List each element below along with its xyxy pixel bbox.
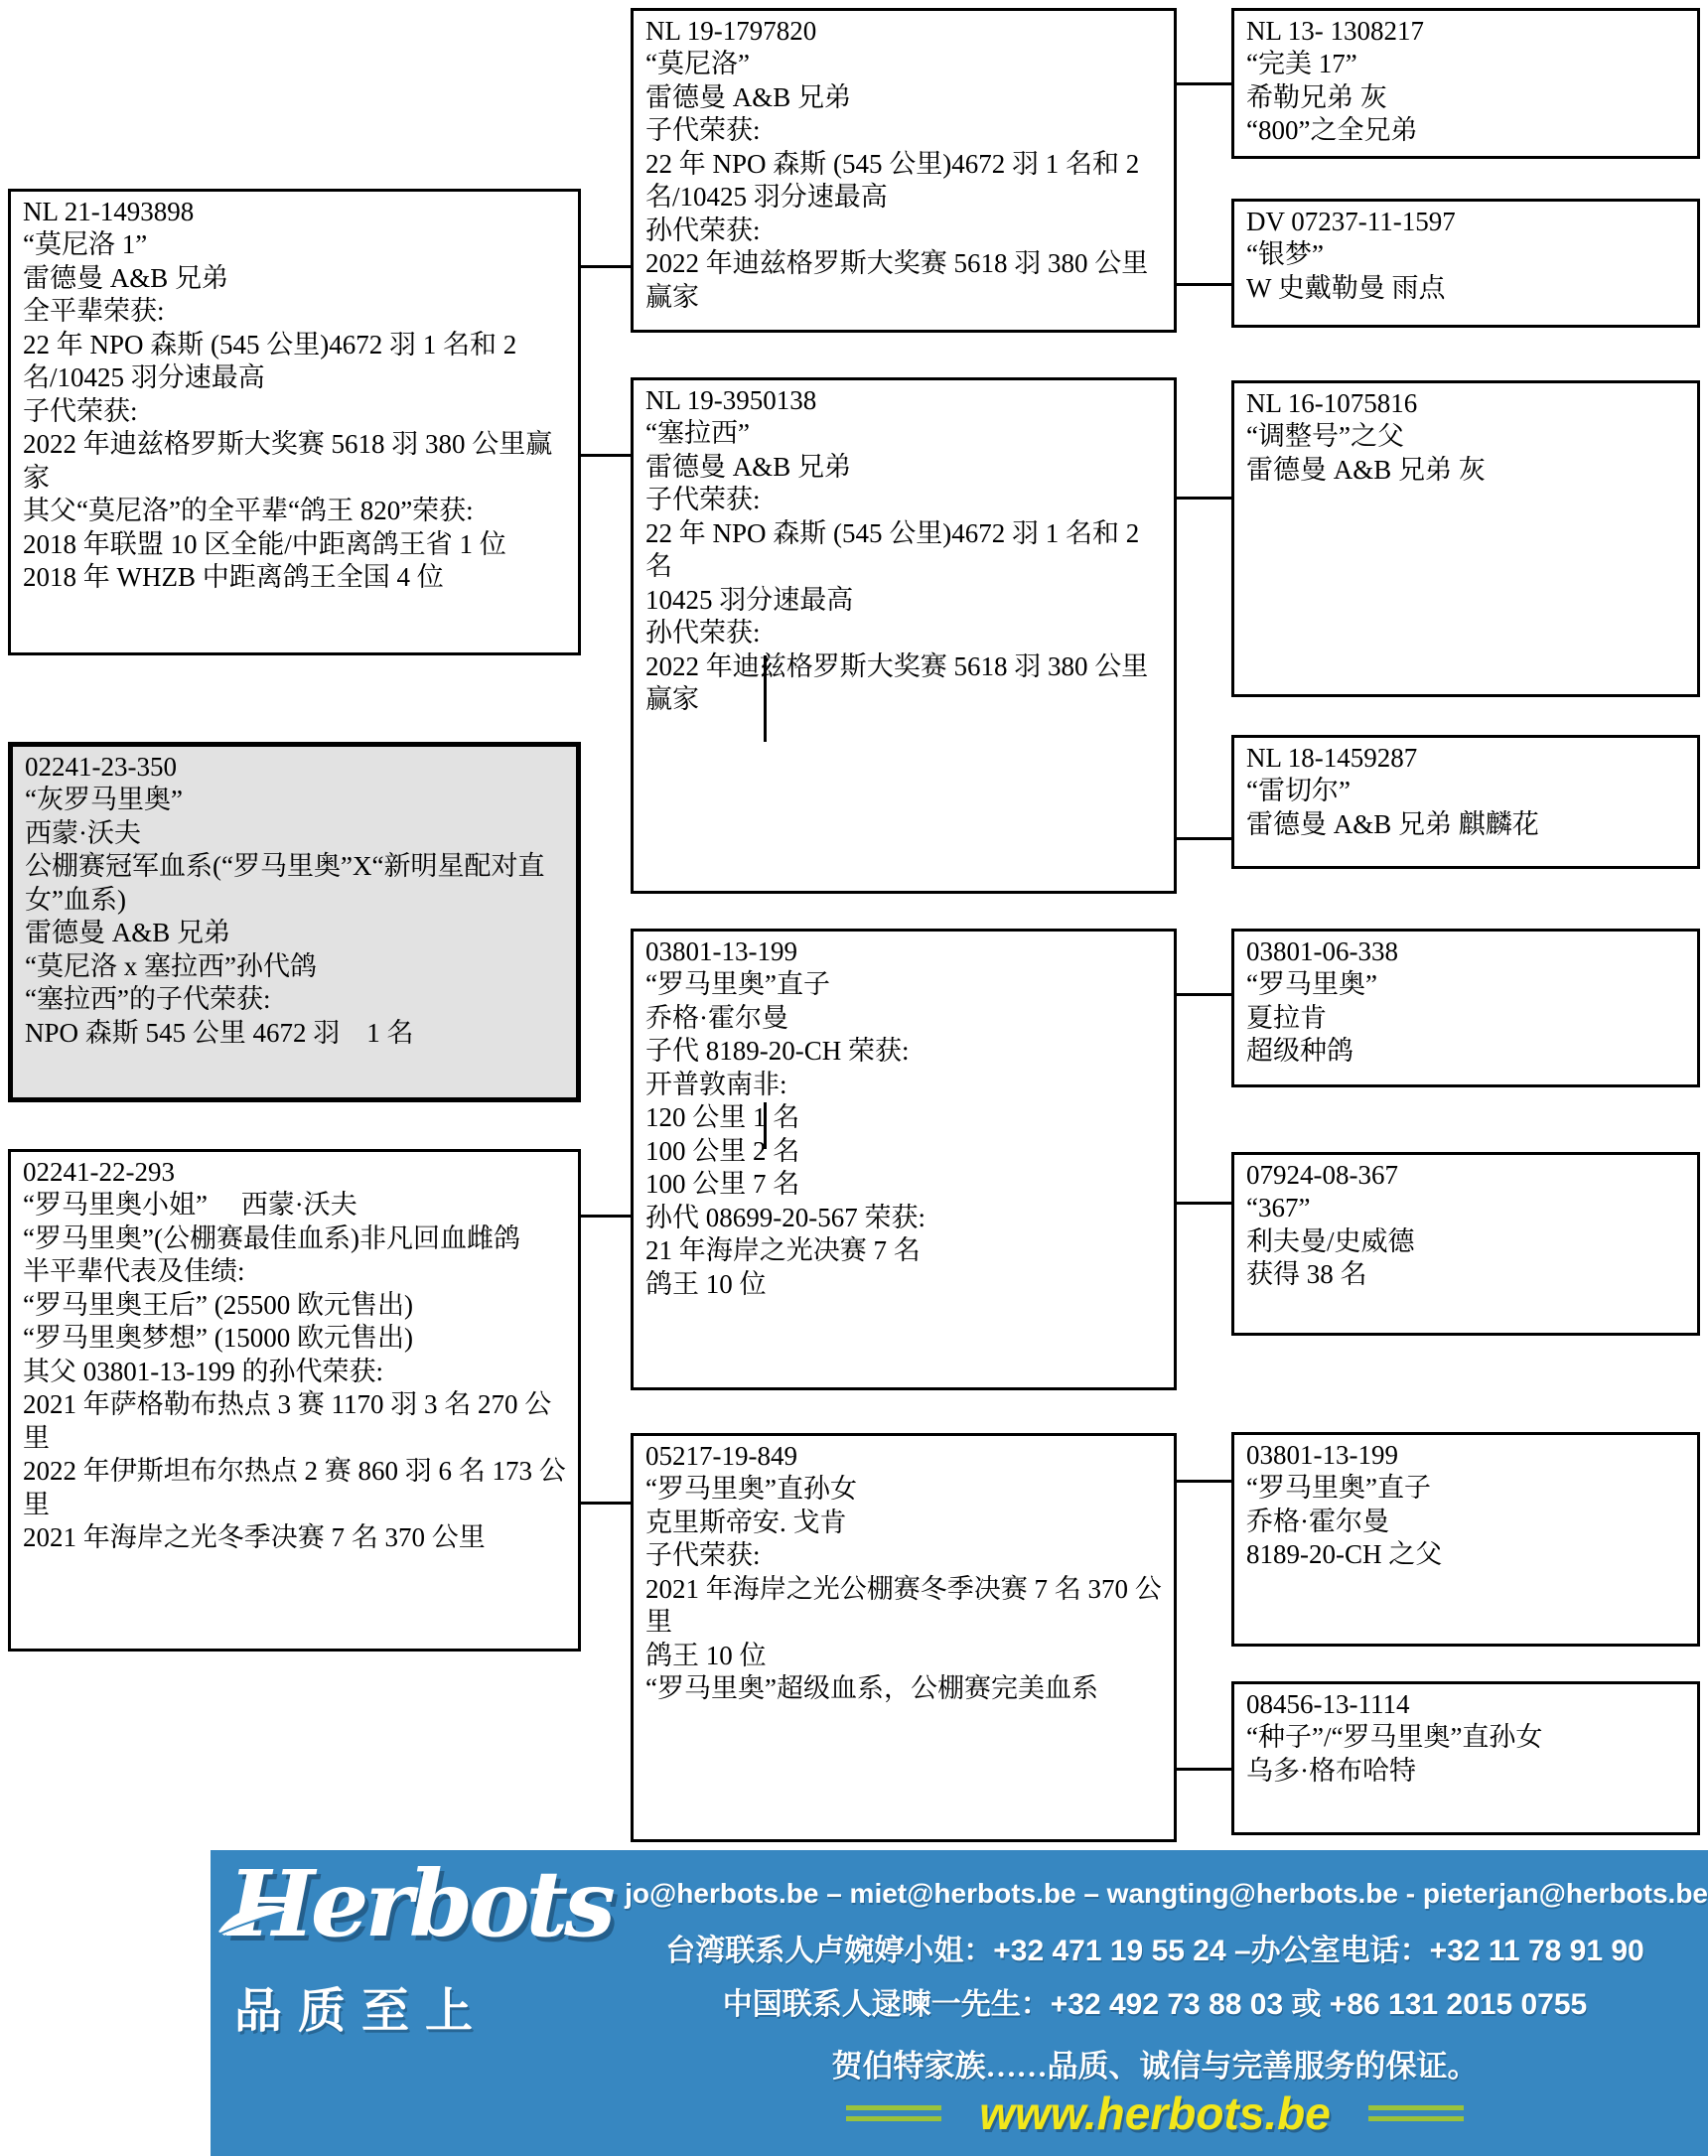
pedigree-text-line: “莫尼洛 x 塞拉西”孙代鸽 — [25, 950, 566, 983]
pedigree-text-line: 乔格·霍尔曼 — [645, 1002, 1164, 1035]
pedigree-text-line: “罗马里奥”直子 — [645, 968, 1164, 1001]
pedigree-text-line: 开普敦南非: — [645, 1069, 1164, 1101]
pedigree-text-line: 乌多·格布哈特 — [1246, 1755, 1687, 1788]
pedigree-text-line: NL 21-1493898 — [23, 196, 568, 228]
pedigree-box-ggp-8: 08456-13-1114“种子”/“罗马里奥”直孙女乌多·格布哈特 — [1231, 1681, 1700, 1835]
pedigree-box-ggp-5: 03801-06-338“罗马里奥”夏拉肯超级种鸽 — [1231, 929, 1700, 1087]
footer-banner: Herbots 品质至上 jo@herbots.be – miet@herbot… — [211, 1850, 1708, 2156]
pedigree-text-line: NPO 森斯 545 公里 4672 羽 1 名 — [25, 1017, 566, 1050]
pedigree-box-ggp-4: NL 18-1459287“雷切尔”雷德曼 A&B 兄弟 麒麟花 — [1231, 735, 1700, 869]
pedigree-box-subject: 02241-23-350“灰罗马里奥”西蒙·沃夫公棚赛冠军血系(“罗马里奥”X“… — [8, 742, 581, 1102]
connector-gfp-ggp1 — [1177, 82, 1231, 85]
pedigree-text-line: 2022 年伊斯坦布尔热点 2 赛 860 羽 6 名 173 公里 — [23, 1455, 568, 1521]
pedigree-text-line: 孙代荣获: — [645, 617, 1164, 649]
pedigree-text-line: 雷德曼 A&B 兄弟 — [645, 81, 1164, 114]
pedigree-text-line: 2022 年迪兹格罗斯大奖赛 5618 羽 380 公里赢家 — [645, 650, 1164, 717]
pedigree-text-line: DV 07237-11-1597 — [1246, 206, 1687, 238]
pedigree-text-line: 100 公里 2 名 — [645, 1135, 1164, 1168]
pedigree-text-line: 02241-23-350 — [25, 751, 566, 784]
pedigree-text-line: 雷德曼 A&B 兄弟 灰 — [1246, 454, 1687, 487]
divider-lines-right — [1368, 2105, 1464, 2121]
connector-father-gfp — [581, 265, 631, 268]
pedigree-text-line: 子代 8189-20-CH 荣获: — [645, 1035, 1164, 1068]
pedigree-text-line: 2021 年海岸之光冬季决赛 7 名 370 公里 — [23, 1521, 568, 1554]
pedigree-box-grandmother-paternal: NL 19-3950138“塞拉西”雷德曼 A&B 兄弟子代荣获:22 年 NP… — [631, 377, 1177, 894]
pedigree-text-line: 100 公里 7 名 — [645, 1168, 1164, 1201]
connector-subject-mother — [764, 1102, 767, 1149]
pedigree-text-line: “完美 17” — [1246, 48, 1687, 80]
pedigree-text-line: 2018 年联盟 10 区全能/中距离鸽王省 1 位 — [23, 528, 568, 561]
pedigree-text-line: 鸽王 10 位 — [645, 1640, 1164, 1672]
pedigree-text-line: 子代荣获: — [645, 1539, 1164, 1572]
pedigree-text-line: “种子”/“罗马里奥”直孙女 — [1246, 1721, 1687, 1754]
pedigree-text-line: 子代荣获: — [645, 114, 1164, 147]
pedigree-text-line: 半平辈代表及佳绩: — [23, 1255, 568, 1288]
pedigree-text-line: 2022 年迪兹格罗斯大奖赛 5618 羽 380 公里赢家 — [645, 247, 1164, 314]
pedigree-text-line: “银梦” — [1246, 238, 1687, 271]
pedigree-text-line: 获得 38 名 — [1246, 1258, 1687, 1291]
pedigree-text-line: “塞拉西” — [645, 417, 1164, 450]
pedigree-text-line: “调整号”之父 — [1246, 420, 1687, 453]
pedigree-text-line: NL 18-1459287 — [1246, 742, 1687, 775]
pedigree-text-line: “塞拉西”的子代荣获: — [25, 983, 566, 1016]
pedigree-text-line: 08456-13-1114 — [1246, 1688, 1687, 1721]
pedigree-text-line: “罗马里奥”超级血系，公棚赛完美血系 — [645, 1672, 1164, 1705]
pedigree-text-line: “罗马里奥梦想” (15000 欧元售出) — [23, 1322, 568, 1355]
footer-website-row: www.herbots.be — [608, 2086, 1702, 2140]
pedigree-text-line: NL 19-1797820 — [645, 15, 1164, 48]
pedigree-text-line: “罗马里奥王后” (25500 欧元售出) — [23, 1289, 568, 1322]
pedigree-text-line: “雷切尔” — [1246, 775, 1687, 807]
pedigree-text-line: 2018 年 WHZB 中距离鸽王全国 4 位 — [23, 561, 568, 594]
connector-father-subject — [764, 655, 767, 742]
pedigree-text-line: “灰罗马里奥” — [25, 784, 566, 816]
pedigree-text-line: 超级种鸽 — [1246, 1035, 1687, 1068]
pedigree-text-line: 8189-20-CH 之父 — [1246, 1538, 1687, 1571]
pedigree-text-line: NL 16-1075816 — [1246, 387, 1687, 420]
connector-gmm-ggp8 — [1177, 1768, 1231, 1771]
pedigree-text-line: 22 年 NPO 森斯 (545 公里)4672 羽 1 名和 2 名/1042… — [645, 148, 1164, 215]
pedigree-text-line: 03801-13-199 — [645, 935, 1164, 968]
footer-slogan: 贺伯特家族……品质、诚信与完善服务的保证。 — [608, 2041, 1702, 2085]
pedigree-box-ggp-6: 07924-08-367“367”利夫曼/史威德获得 38 名 — [1231, 1152, 1700, 1336]
footer-website-link[interactable]: www.herbots.be — [979, 2086, 1331, 2140]
connector-gfm-ggp6 — [1177, 1202, 1231, 1205]
pedigree-box-ggp-2: DV 07237-11-1597“银梦”W 史戴勒曼 雨点 — [1231, 199, 1700, 328]
pedigree-text-line: “367” — [1246, 1192, 1687, 1224]
pedigree-text-line: 2021 年海岸之光公棚赛冬季决赛 7 名 370 公里 — [645, 1573, 1164, 1640]
pedigree-box-ggp-3: NL 16-1075816“调整号”之父雷德曼 A&B 兄弟 灰 — [1231, 380, 1700, 697]
pedigree-text-line: 05217-19-849 — [645, 1440, 1164, 1473]
pedigree-text-line: NL 13- 1308217 — [1246, 15, 1687, 48]
pedigree-text-line: 子代荣获: — [23, 395, 568, 428]
connector-gmm-ggp7 — [1177, 1480, 1231, 1483]
connector-gfp-ggp2 — [1177, 283, 1231, 286]
footer-emails[interactable]: jo@herbots.be – miet@herbots.be – wangti… — [625, 1878, 1708, 1910]
pedigree-text-line: 07924-08-367 — [1246, 1159, 1687, 1192]
pedigree-text-line: 公棚赛冠军血系(“罗马里奥”X“新明星配对直女”血系) — [25, 850, 566, 917]
pedigree-text-line: 2021 年萨格勒布热点 3 赛 1170 羽 3 名 270 公里 — [23, 1388, 568, 1455]
pedigree-text-line: 120 公里 1 名 — [645, 1101, 1164, 1134]
pedigree-text-line: “罗马里奥小姐” 西蒙·沃夫 — [23, 1189, 568, 1222]
pedigree-text-line: “罗马里奥”直孙女 — [645, 1473, 1164, 1506]
connector-gfm-ggp5 — [1177, 993, 1231, 996]
pedigree-text-line: “罗马里奥”(公棚赛最佳血系)非凡回血雌鸽 — [23, 1222, 568, 1255]
pedigree-text-line: 10425 羽分速最高 — [645, 584, 1164, 617]
pedigree-box-ggp-7: 03801-13-199“罗马里奥”直子乔格·霍尔曼8189-20-CH 之父 — [1231, 1432, 1700, 1647]
pedigree-text-line: 其父“莫尼洛”的全平辈“鸽王 820”荣获: — [23, 495, 568, 527]
pedigree-text-line: “莫尼洛 1” — [23, 228, 568, 261]
pedigree-text-line: 孙代 08699-20-567 荣获: — [645, 1202, 1164, 1234]
pedigree-text-line: 22 年 NPO 森斯 (545 公里)4672 羽 1 名和 2 名/1042… — [23, 329, 568, 395]
pedigree-text-line: 21 年海岸之光决赛 7 名 — [645, 1234, 1164, 1267]
feather-icon — [214, 1902, 292, 1941]
pedigree-text-line: “罗马里奥”直子 — [1246, 1472, 1687, 1505]
pedigree-text-line: 夏拉肯 — [1246, 1002, 1687, 1035]
pedigree-text-line: 2022 年迪兹格罗斯大奖赛 5618 羽 380 公里赢家 — [23, 428, 568, 495]
pedigree-chart: NL 21-1493898“莫尼洛 1”雷德曼 A&B 兄弟全平辈荣获:22 年… — [0, 0, 1708, 2156]
pedigree-text-line: 子代荣获: — [645, 484, 1164, 516]
pedigree-text-line: 鸽王 10 位 — [645, 1268, 1164, 1301]
pedigree-text-line: 雷德曼 A&B 兄弟 麒麟花 — [1246, 808, 1687, 841]
pedigree-text-line: 克里斯帝安. 戈肯 — [645, 1507, 1164, 1539]
pedigree-box-mother: 02241-22-293“罗马里奥小姐” 西蒙·沃夫“罗马里奥”(公棚赛最佳血系… — [8, 1149, 581, 1652]
pedigree-text-line: 利夫曼/史威德 — [1246, 1225, 1687, 1258]
pedigree-text-line: W 史戴勒曼 雨点 — [1246, 272, 1687, 305]
connector-gmp-ggp4 — [1177, 837, 1231, 840]
pedigree-text-line: “800”之全兄弟 — [1246, 114, 1687, 147]
pedigree-box-father: NL 21-1493898“莫尼洛 1”雷德曼 A&B 兄弟全平辈荣获:22 年… — [8, 189, 581, 655]
pedigree-text-line: 乔格·霍尔曼 — [1246, 1506, 1687, 1538]
pedigree-text-line: 孙代荣获: — [645, 215, 1164, 247]
pedigree-text-line: 03801-06-338 — [1246, 935, 1687, 968]
pedigree-box-grandfather-paternal: NL 19-1797820“莫尼洛”雷德曼 A&B 兄弟子代荣获:22 年 NP… — [631, 8, 1177, 333]
pedigree-text-line: 其父 03801-13-199 的孙代荣获: — [23, 1356, 568, 1388]
connector-gmp-ggp3 — [1177, 497, 1231, 500]
pedigree-box-ggp-1: NL 13- 1308217“完美 17”希勒兄弟 灰“800”之全兄弟 — [1231, 8, 1700, 159]
divider-lines-left — [846, 2105, 941, 2121]
connector-mother-gfm — [581, 1215, 631, 1218]
pedigree-box-grandfather-maternal: 03801-13-199“罗马里奥”直子乔格·霍尔曼子代 8189-20-CH … — [631, 929, 1177, 1390]
pedigree-box-grandmother-maternal: 05217-19-849“罗马里奥”直孙女克里斯帝安. 戈肯子代荣获:2021 … — [631, 1433, 1177, 1842]
pedigree-text-line: 03801-13-199 — [1246, 1439, 1687, 1472]
pedigree-text-line: 雷德曼 A&B 兄弟 — [23, 262, 568, 295]
footer-contact-china: 中国联系人逯暕一先生：+32 492 73 88 03 或 +86 131 20… — [608, 1979, 1702, 2023]
footer-contact-taiwan: 台湾联系人卢婉婷小姐：+32 471 19 55 24 –办公室电话：+32 1… — [608, 1926, 1702, 1969]
pedigree-text-line: 全平辈荣获: — [23, 295, 568, 328]
pedigree-text-line: “莫尼洛” — [645, 48, 1164, 80]
pedigree-text-line: “罗马里奥” — [1246, 968, 1687, 1001]
pedigree-text-line: 22 年 NPO 森斯 (545 公里)4672 羽 1 名和 2 名 — [645, 517, 1164, 584]
pedigree-text-line: 雷德曼 A&B 兄弟 — [645, 451, 1164, 484]
pedigree-text-line: 希勒兄弟 灰 — [1246, 81, 1687, 114]
pedigree-text-line: 雷德曼 A&B 兄弟 — [25, 917, 566, 949]
pedigree-text-line: 02241-22-293 — [23, 1156, 568, 1189]
connector-mother-gmm — [581, 1502, 631, 1505]
pedigree-text-line: NL 19-3950138 — [645, 384, 1164, 417]
herbots-logo: Herbots 品质至上 — [228, 1854, 626, 2041]
pedigree-text-line: 西蒙·沃夫 — [25, 817, 566, 850]
logo-tagline: 品质至上 — [234, 1972, 626, 2041]
connector-father-gmp — [581, 454, 631, 457]
